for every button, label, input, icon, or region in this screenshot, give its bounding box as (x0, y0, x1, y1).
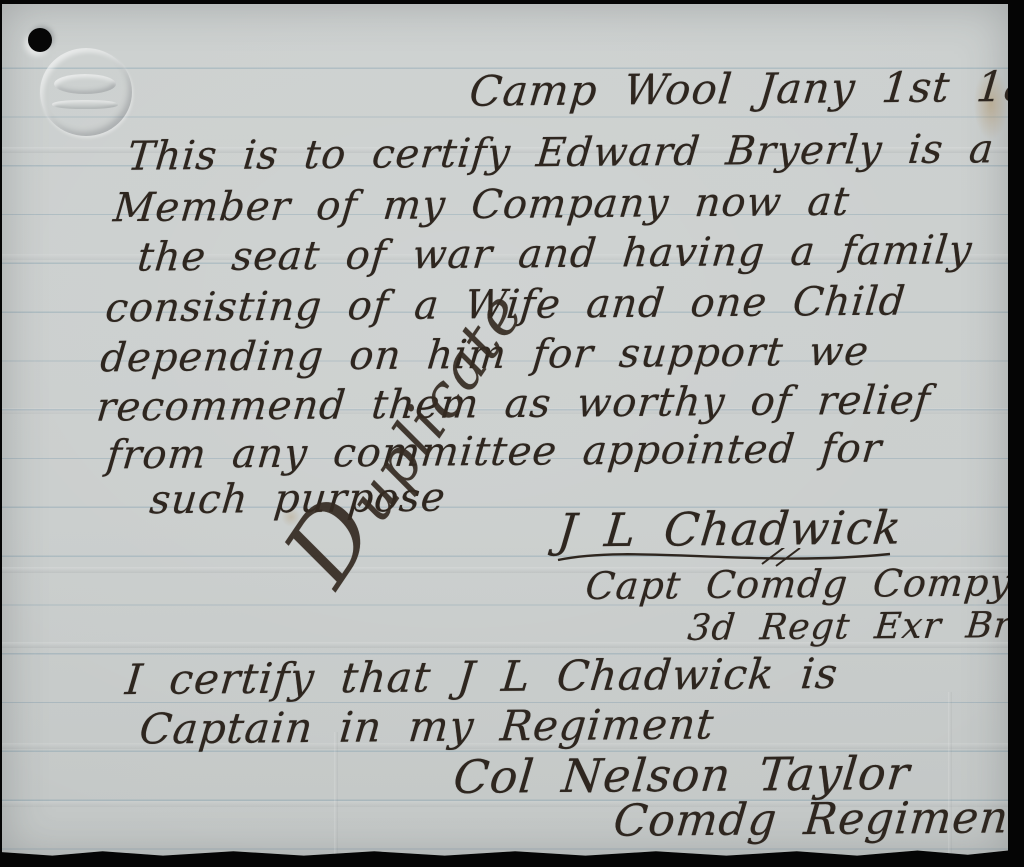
colonel-title: Comdg Regiment (611, 792, 1024, 847)
dateline: Camp Wool Jany 1st 1862 (467, 61, 1024, 115)
body-line-2: Member of my Company now at (111, 179, 851, 231)
punch-hole (28, 28, 52, 52)
body-line-3: the seat of war and having a family (135, 227, 974, 280)
body-line-1: This is to certify Edward Bryerly is a (125, 126, 996, 180)
certification-line-2: Captain in my Regiment (137, 699, 716, 753)
certification-line-1: I certify that J L Chadwick is (123, 649, 840, 704)
body-line-7: from any committee appointed for (104, 426, 884, 479)
captain-title-line-1: Capt Comdg Compy C (584, 560, 1024, 608)
body-line-6: recommend them as worthy of relief (94, 377, 932, 430)
letter-paper: Camp Wool Jany 1st 1862 This is to certi… (2, 4, 1008, 859)
captain-title-line-2: 3d Regt Exr Brigade (686, 604, 1024, 649)
embossed-seal (40, 48, 132, 136)
